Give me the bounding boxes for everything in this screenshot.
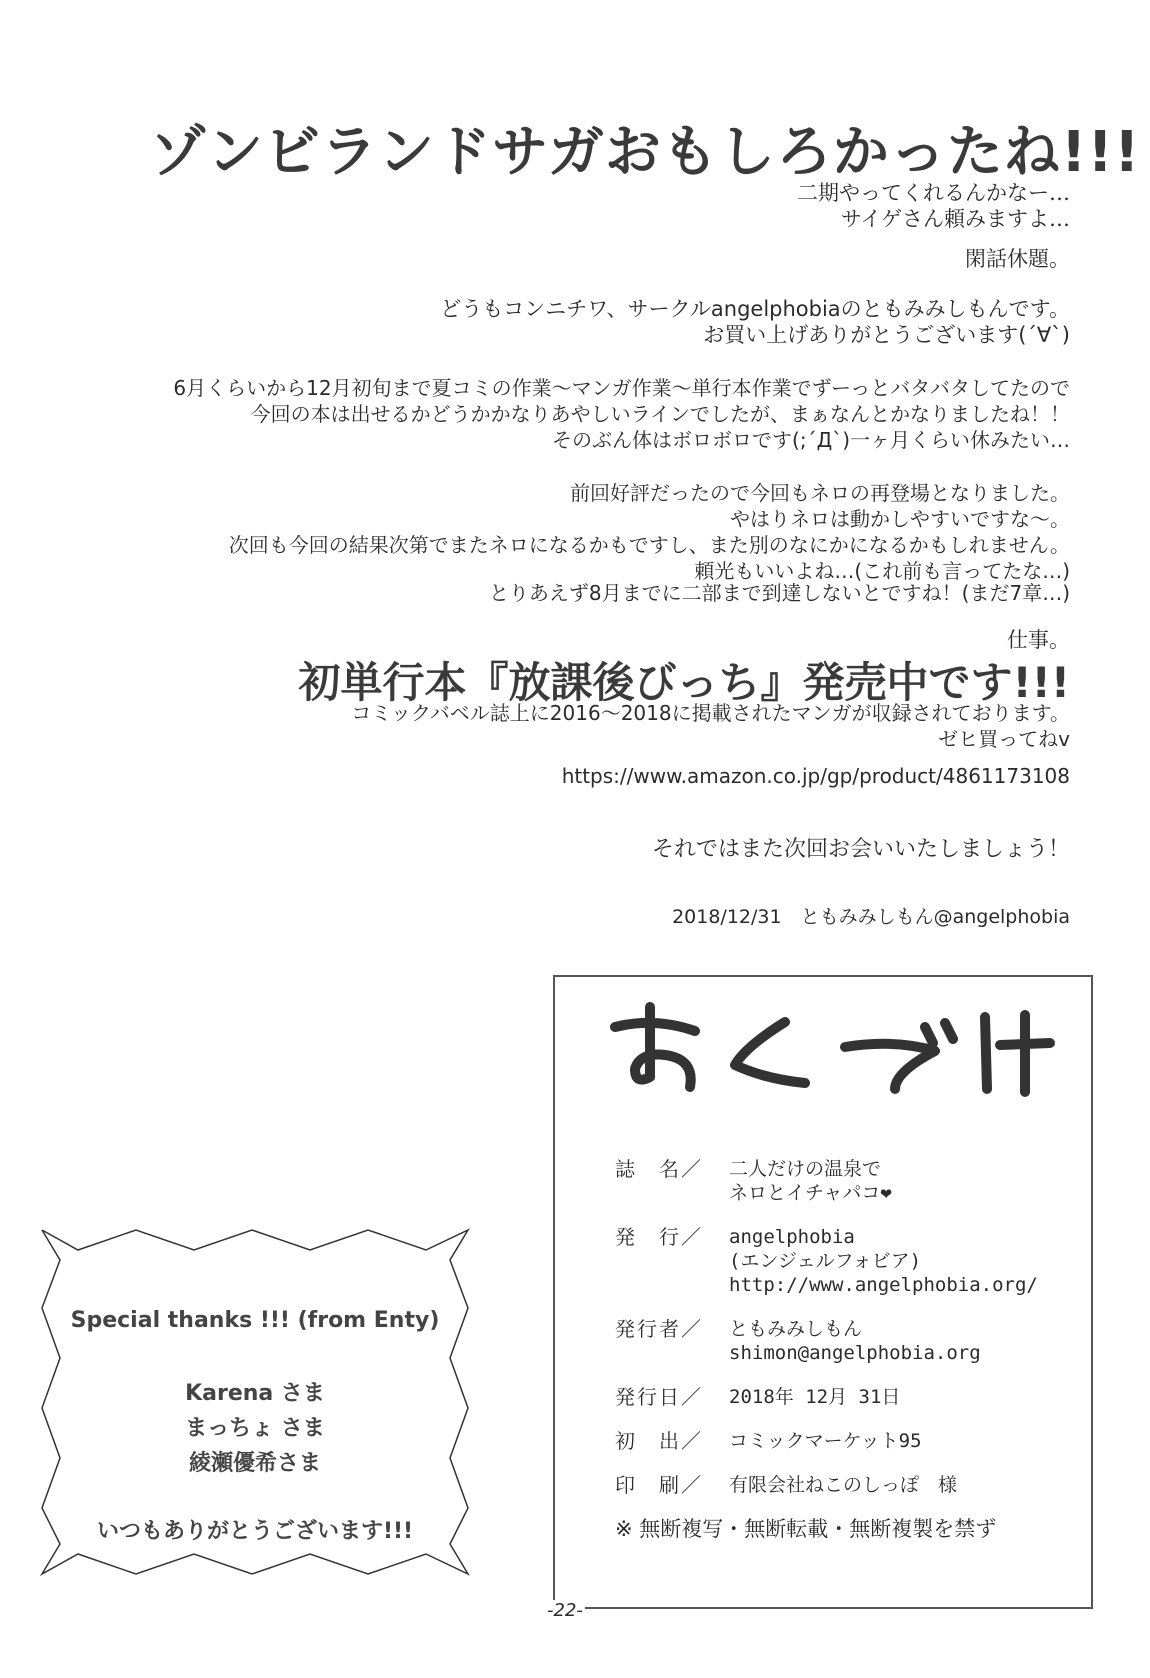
colophon-row-publisher: 発 行／ angelphobia (エンジェルフォビア) http://www.… — [615, 1225, 1038, 1297]
colophon-row-title: 誌 名／ 二人だけの温泉で ネロとイチャパコ❤ — [615, 1157, 1038, 1205]
nero-paragraph: 前回好評だったので今回もネロの再登場となりました。 やはりネロは動かしやすいです… — [229, 480, 1070, 584]
row-value-line: ネロとイチャパコ❤ — [729, 1181, 892, 1205]
special-thanks-burst: Special thanks !!! (from Enty) Karena さま… — [40, 1228, 470, 1576]
book-promo-desc: コミックバベル誌上に2016〜2018に掲載されたマンガが収録されております。 … — [351, 700, 1070, 752]
copyright-notice: ※ 無断複写・無断転載・無断複製を禁ず — [615, 1517, 1038, 1541]
game-progress-line: とりあえず8月までに二部まで到達しないとですね！(まだ7章…) — [489, 580, 1070, 606]
row-value-line: ともみみしもん — [729, 1317, 981, 1341]
okuzuke-title-icon — [595, 997, 1055, 1097]
intro-line: 二期やってくれるんかなー… — [797, 180, 1070, 206]
row-key: 初 出／ — [615, 1429, 729, 1453]
row-value: 二人だけの温泉で ネロとイチャパコ❤ — [729, 1157, 892, 1205]
colophon-row-first-event: 初 出／ コミックマーケット95 — [615, 1429, 1038, 1453]
row-value-line: 有限会社ねこのしっぽ 様 — [729, 1473, 957, 1497]
colophon-box: 誌 名／ 二人だけの温泉で ネロとイチャパコ❤ 発 行／ angelphobia… — [553, 975, 1093, 1609]
thanks-name: まっちょ さま — [40, 1411, 470, 1442]
closing-line: それではまた次回お会いいたしましょう！ — [652, 832, 1070, 863]
row-key: 誌 名／ — [615, 1157, 729, 1205]
row-value-line: 二人だけの温泉で — [729, 1157, 892, 1181]
intro-line: サイゲさん頼みますよ… — [797, 206, 1070, 232]
row-key: 発行日／ — [615, 1385, 729, 1409]
book-cta-line: ゼヒ買ってねv — [351, 726, 1070, 752]
colophon-row-date: 発行日／ 2018年 12月 31日 — [615, 1385, 1038, 1409]
status-line: そのぶん体はボロボロです(;´Д`)一ヶ月くらい休みたい… — [173, 427, 1070, 453]
thanks-name: 綾瀬優希さま — [40, 1446, 470, 1477]
colophon-rows: 誌 名／ 二人だけの温泉で ネロとイチャパコ❤ 発 行／ angelphobia… — [615, 1157, 1038, 1541]
signature-line: 2018/12/31 ともみみしもん@angelphobia — [672, 902, 1070, 929]
greeting-paragraph: どうもコンニチワ、サークルangelphobiaのともみみしもんです。 お買い上… — [440, 296, 1070, 348]
row-key: 印 刷／ — [615, 1473, 729, 1497]
page-headline: ゾンビランドサガおもしろかったね!!! — [150, 108, 1070, 188]
row-value-line: angelphobia — [729, 1225, 1038, 1249]
book-desc-line: コミックバベル誌上に2016〜2018に掲載されたマンガが収録されております。 — [351, 700, 1070, 726]
greeting-line: どうもコンニチワ、サークルangelphobiaのともみみしもんです。 — [440, 296, 1070, 322]
row-value: 有限会社ねこのしっぽ 様 — [729, 1473, 957, 1497]
colophon-row-author: 発行者／ ともみみしもん shimon@angelphobia.org — [615, 1317, 1038, 1365]
row-value-line: 2018年 12月 31日 — [729, 1385, 900, 1409]
row-value-line: (エンジェルフォビア) — [729, 1249, 1038, 1273]
aside-text: 閑話休題。 — [965, 246, 1070, 272]
nero-line: 前回好評だったので今回もネロの再登場となりました。 — [229, 480, 1070, 506]
page-number: -22- — [545, 1600, 585, 1621]
row-value-line: コミックマーケット95 — [729, 1429, 922, 1453]
row-value: 2018年 12月 31日 — [729, 1385, 900, 1409]
row-value: コミックマーケット95 — [729, 1429, 922, 1453]
greeting-line: お買い上げありがとうございます(´∀`) — [440, 322, 1070, 348]
website-link[interactable]: http://www.angelphobia.org/ — [729, 1273, 1038, 1297]
thanks-footer: いつもありがとうございます!!! — [40, 1514, 470, 1545]
row-value: angelphobia (エンジェルフォビア) http://www.angel… — [729, 1225, 1038, 1297]
colophon-row-printer: 印 刷／ 有限会社ねこのしっぽ 様 — [615, 1473, 1038, 1497]
amazon-link[interactable]: https://www.amazon.co.jp/gp/product/4861… — [562, 764, 1070, 788]
thanks-heading: Special thanks !!! (from Enty) — [40, 1308, 470, 1333]
thanks-name: Karena さま — [40, 1376, 470, 1407]
row-key: 発 行／ — [615, 1225, 729, 1297]
row-key: 発行者／ — [615, 1317, 729, 1365]
status-line: 6月くらいから12月初旬まで夏コミの作業〜マンガ作業〜単行本作業でずーっとバタバ… — [173, 375, 1070, 401]
status-paragraph: 6月くらいから12月初旬まで夏コミの作業〜マンガ作業〜単行本作業でずーっとバタバ… — [173, 375, 1070, 453]
row-value: ともみみしもん shimon@angelphobia.org — [729, 1317, 981, 1365]
email-link[interactable]: shimon@angelphobia.org — [729, 1341, 981, 1365]
nero-line: 次回も今回の結果次第でまたネロになるかもですし、また別のなにかになるかもしれませ… — [229, 532, 1070, 558]
intro-paragraph: 二期やってくれるんかなー… サイゲさん頼みますよ… — [797, 180, 1070, 232]
status-line: 今回の本は出せるかどうかかなりあやしいラインでしたが、まぁなんとかなりましたね！… — [173, 401, 1070, 427]
nero-line: やはりネロは動かしやすいですな〜。 — [229, 506, 1070, 532]
